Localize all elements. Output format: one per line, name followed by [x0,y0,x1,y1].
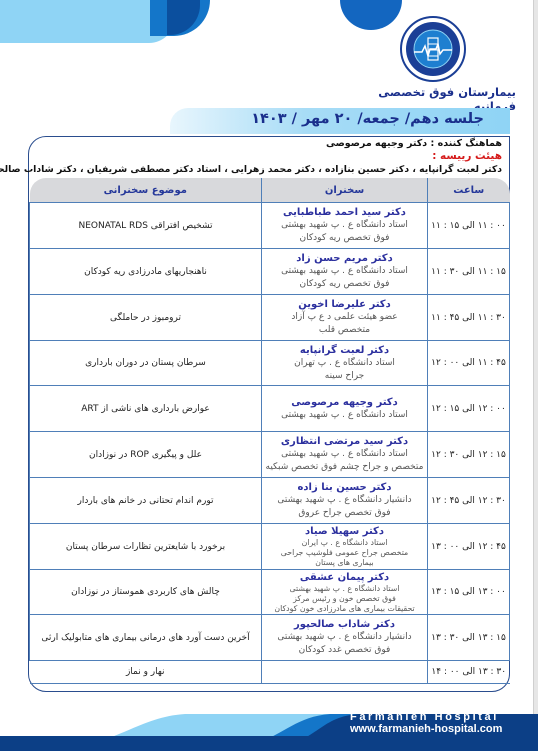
board-members: دکتر لعبت گرانپایه ، دکتر حسین بنازاده ،… [30,163,508,177]
session-time: ۱۵ : ۱۲ الی ۳۰ : ۱۲ [428,432,510,478]
speaker-name: دکتر وجیهه مرصوصی [262,396,427,409]
speaker-name: دکتر سهیلا صیاد [262,525,427,538]
table-row: ۳۰ : ۱۱ الی ۴۵ : ۱۱دکتر علیرضا اخوینعضو … [30,295,510,341]
speaker-cell: دکتر وجیهه مرصوصیاستاد دانشگاه ع . پ شهی… [262,386,428,432]
speaker-name: دکتر مریم حسن زاد [262,252,427,265]
speaker-affiliation: استاد دانشگاه ع . پ شهید بهشتی [262,409,427,422]
speaker-affiliation: متخصص قلب [262,324,427,337]
session-time: ۴۵ : ۱۱ الی ۰۰ : ۱۲ [428,341,510,386]
speaker-name: دکتر سید احمد طباطبایی [262,206,427,219]
speaker-affiliation: عضو هیئت علمی د ع پ آزاد [262,311,427,324]
lecture-topic: علل و پیگیری ROP در نوزادان [30,432,262,478]
session-time: ۳۰ : ۱۱ الی ۴۵ : ۱۱ [428,295,510,341]
speaker-affiliation: تحقیقات بیماری های مادرزادی خون کودکان [262,604,427,614]
table-row: ۳۰ : ۱۳ الی ۰۰ : ۱۴نهار و نماز [30,661,510,684]
speaker-cell [262,661,428,684]
hospital-logo-icon [400,16,466,82]
table-row: ۱۵ : ۱۲ الی ۳۰ : ۱۲دکتر سید مرتضی انتظار… [30,432,510,478]
speaker-cell: دکتر حسین بنا زادهدانشیار دانشگاه ع . پ … [262,478,428,524]
session-time: ۱۵ : ۱۳ الی ۳۰ : ۱۳ [428,615,510,661]
speaker-affiliation: متخصص جراح عمومی فلوشیپ جراحی [262,548,427,558]
session-time: ۰۰ : ۱۳ الی ۱۵ : ۱۳ [428,570,510,615]
page-edge [533,0,538,751]
speaker-name: دکتر پیمان عشقی [262,571,427,584]
speaker-cell: دکتر سهیلا صیاداستاد دانشگاه ع . پ ایران… [262,524,428,570]
session-title: جلسه دهم/ جمعه/ ۲۰ مهر / ۱۴۰۳ [251,111,484,127]
speaker-cell: دکتر شاداب صالحپوردانشیار دانشگاه ع . پ … [262,615,428,661]
speaker-name: دکتر حسین بنا زاده [262,481,427,494]
speaker-affiliation: فوق تخصص ریه کودکان [262,232,427,245]
table-header-row: ساعت سخنران موضوع سخنرانی [30,178,510,203]
speaker-name: دکتر لعبت گرانپایه [262,344,427,357]
table-row: ۴۵ : ۱۲ الی ۰۰ : ۱۳دکتر سهیلا صیاداستاد … [30,524,510,570]
session-time: ۴۵ : ۱۲ الی ۰۰ : ۱۳ [428,524,510,570]
table-row: ۱۵ : ۱۳ الی ۳۰ : ۱۳دکتر شاداب صالحپوردان… [30,615,510,661]
footer-hospital-name: Farmanieh Hospital [350,711,499,723]
speaker-affiliation: استاد دانشگاه ع . پ شهید بهشتی [262,448,427,461]
header-topic: موضوع سخنرانی [30,178,262,203]
speaker-affiliation: دانشیار دانشگاه ع . پ شهید بهشتی [262,631,427,644]
coordinator-line: هماهنگ کننده : دکتر وجیهه مرصوصی [30,138,508,150]
lecture-topic: عوارض بارداری های ناشی از ART [30,386,262,432]
header-time: ساعت [428,178,510,203]
lecture-topic: چالش های کاربردی هموستاز در نوزادان [30,570,262,615]
speaker-name: دکتر سید مرتضی انتظاری [262,435,427,448]
speaker-name: دکتر شاداب صالحپور [262,618,427,631]
speaker-affiliation: استاد دانشگاه ع . پ شهید بهشتی [262,265,427,278]
speaker-affiliation: استاد دانشگاه ع . پ شهید بهشتی [262,584,427,594]
speaker-affiliation: فوق تخصص خون و رئیس مرکز [262,594,427,604]
table-row: ۰۰ : ۱۲ الی ۱۵ : ۱۲دکتر وجیهه مرصوصیاستا… [30,386,510,432]
speaker-affiliation: متخصص و جراح چشم فوق تخصص شبکیه [262,461,427,474]
table-row: ۴۵ : ۱۱ الی ۰۰ : ۱۲دکتر لعبت گرانپایهاست… [30,341,510,386]
speaker-cell: دکتر علیرضا اخوینعضو هیئت علمی د ع پ آزا… [262,295,428,341]
board-title: هیئت رییسه : [30,150,508,163]
lecture-topic: تشخیص افتراقی NEONATAL RDS [30,203,262,249]
table-row: ۰۰ : ۱۳ الی ۱۵ : ۱۳دکتر پیمان عشقیاستاد … [30,570,510,615]
speaker-affiliation: استاد دانشگاه ع . پ ایران [262,538,427,548]
speaker-affiliation: فوق تخصص غدد کودکان [262,644,427,657]
lecture-topic: تورم اندام تحتانی در خانم های باردار [30,478,262,524]
footer-website-link[interactable]: www.farmanieh-hospital.com [350,723,502,735]
speaker-affiliation: جراح سینه [262,370,427,383]
top-decor-band [0,0,175,43]
session-info: هماهنگ کننده : دکتر وجیهه مرصوصی هیئت ری… [30,138,508,177]
lecture-topic: ترومبوز در حاملگی [30,295,262,341]
session-time: ۰۰ : ۱۱ الی ۱۵ : ۱۱ [428,203,510,249]
speaker-affiliation: دانشیار دانشگاه ع . پ شهید بهشتی [262,494,427,507]
header-speakers: سخنران [262,178,428,203]
lecture-topic: ناهنجاریهای مادرزادی ریه کودکان [30,249,262,295]
speaker-affiliation: فوق تخصص جراح عروق [262,507,427,520]
top-decor-wave-dark [167,0,200,35]
table-row: ۰۰ : ۱۱ الی ۱۵ : ۱۱دکتر سید احمد طباطبای… [30,203,510,249]
table-row: ۳۰ : ۱۲ الی ۴۵ : ۱۲دکتر حسین بنا زادهدان… [30,478,510,524]
lecture-topic: آخرین دست آورد های درمانی بیماری های متا… [30,615,262,661]
corner-decor [340,0,402,30]
speaker-affiliation: استاد دانشگاه ع . پ شهید بهشتی [262,219,427,232]
session-time: ۱۵ : ۱۱ الی ۳۰ : ۱۱ [428,249,510,295]
lecture-topic: برخورد با شایعترین تظارات سرطان پستان [30,524,262,570]
session-time: ۳۰ : ۱۳ الی ۰۰ : ۱۴ [428,661,510,684]
table-row: ۱۵ : ۱۱ الی ۳۰ : ۱۱دکتر مریم حسن زاداستا… [30,249,510,295]
session-time: ۰۰ : ۱۲ الی ۱۵ : ۱۲ [428,386,510,432]
speaker-affiliation: بیماری های پستان [262,558,427,568]
speaker-name: دکتر علیرضا اخوین [262,298,427,311]
lecture-topic: سرطان پستان در دوران بارداری [30,341,262,386]
lecture-topic: نهار و نماز [30,661,262,684]
speaker-cell: دکتر سید احمد طباطباییاستاد دانشگاه ع . … [262,203,428,249]
session-banner: جلسه دهم/ جمعه/ ۲۰ مهر / ۱۴۰۳ [170,108,510,134]
speaker-cell: دکتر سید مرتضی انتظاریاستاد دانشگاه ع . … [262,432,428,478]
speaker-affiliation: استاد دانشگاه ع . پ تهران [262,357,427,370]
speaker-cell: دکتر لعبت گرانپایهاستاد دانشگاه ع . پ ته… [262,341,428,386]
speaker-cell: دکتر پیمان عشقیاستاد دانشگاه ع . پ شهید … [262,570,428,615]
speaker-affiliation: فوق تخصص ریه کودکان [262,278,427,291]
session-time: ۳۰ : ۱۲ الی ۴۵ : ۱۲ [428,478,510,524]
footer-band [0,736,538,751]
schedule-table: ساعت سخنران موضوع سخنرانی ۰۰ : ۱۱ الی ۱۵… [29,178,510,684]
speaker-cell: دکتر مریم حسن زاداستاد دانشگاه ع . پ شهی… [262,249,428,295]
